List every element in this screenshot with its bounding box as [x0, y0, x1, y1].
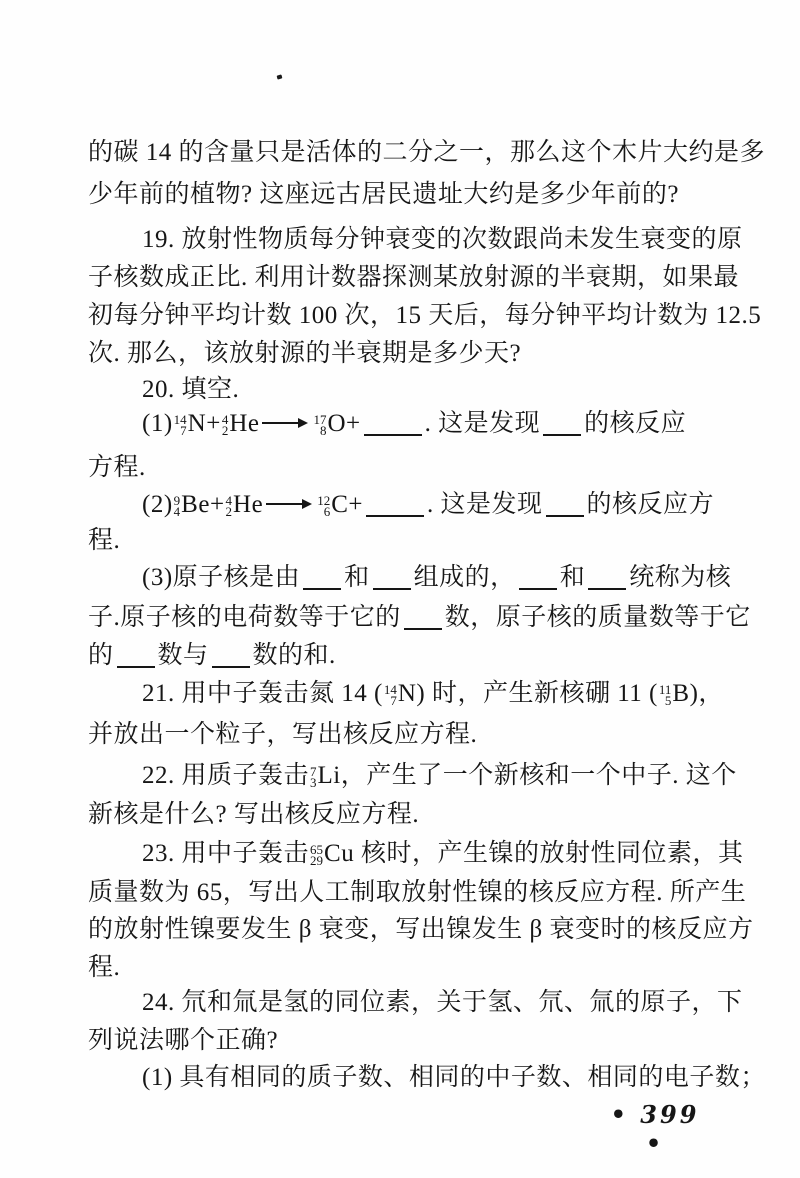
scanned-textbook-page: 的碳 14 的含量只是活体的二分之一，那么这个木片大约是多少年前的植物? 这座远… [0, 0, 800, 1178]
text-run: 子.原子核的电荷数等于它的 [88, 604, 401, 631]
text-run: . 这是发现 [425, 410, 541, 437]
text-run: 程. [88, 527, 120, 554]
element-symbol: C [331, 491, 348, 518]
nuclide-scripts: 6529 [310, 844, 323, 866]
text-run: . 这是发现 [427, 491, 543, 518]
reaction-arrow-icon [266, 503, 310, 505]
page-number: • 399 • [600, 1100, 710, 1158]
nuclide-notation: 6529Cu [309, 836, 354, 872]
atomic-number: 8 [320, 425, 327, 436]
text-line: 子.原子核的电荷数等于它的数，原子核的质量数等于它 [88, 600, 720, 636]
text-run: )， [690, 680, 724, 707]
nuclide-notation: 178O [312, 406, 346, 442]
text-run: 统称为核 [629, 564, 731, 591]
fill-in-blank [543, 434, 581, 436]
text-run: 子核数成正比. 利用计数器探测某放射源的半衰期，如果最 [88, 264, 739, 291]
element-symbol: Li [318, 762, 341, 789]
text-run: + [348, 491, 363, 518]
text-line: 新核是什么? 写出核反应方程. [88, 797, 720, 833]
text-run: 并放出一个粒子，写出核反应方程. [88, 721, 477, 748]
text-line: 的放射性镍要发生 β 衰变，写出镍发生 β 衰变时的核反应方 [88, 912, 720, 948]
text-line: 子核数成正比. 利用计数器探测某放射源的半衰期，如果最 [88, 260, 720, 296]
text-run: 次. 那么，该放射源的半衰期是多少天? [88, 340, 521, 367]
element-symbol: N [188, 410, 207, 437]
nuclide-notation: 147N [173, 406, 207, 442]
text-run: 和 [560, 564, 586, 591]
text-run: 质量数为 65，写出人工制取放射性镍的核反应方程. 所产生 [88, 879, 746, 906]
text-run: 19. 放射性物质每分钟衰变的次数跟尚未发生衰变的原 [142, 226, 743, 253]
element-symbol: He [233, 491, 263, 518]
text-run: + [210, 491, 225, 518]
nuclide-scripts: 178 [313, 414, 326, 436]
text-line: 程. [88, 523, 720, 559]
text-run: 核时，产生镍的放射性同位素，其 [354, 840, 743, 867]
fill-in-blank [117, 666, 155, 668]
atomic-number: 7 [390, 695, 397, 706]
atomic-number: 2 [222, 425, 229, 436]
atomic-number: 3 [310, 777, 317, 788]
atomic-number: 2 [226, 506, 233, 517]
text-run: 22. 用质子轰击 [142, 762, 309, 789]
text-run: 方程. [88, 454, 146, 481]
text-line: (1)147N+42He178O+. 这是发现的核反应 [88, 406, 774, 442]
nuclide-notation: 115B [658, 676, 690, 712]
text-run: (1) [142, 410, 173, 437]
text-run: 的核反应 [584, 410, 686, 437]
nuclide-notation: 42He [221, 406, 260, 442]
text-run: 的放射性镍要发生 β 衰变，写出镍发生 β 衰变时的核反应方 [88, 916, 753, 943]
text-run: 初每分钟平均计数 100 次，15 天后，每分钟平均计数为 12.5 [88, 302, 761, 329]
element-symbol: He [229, 410, 259, 437]
text-run: ) 时，产生新核硼 11 ( [416, 680, 657, 707]
text-line: (1) 具有相同的质子数、相同的中子数、相同的电子数； [88, 1060, 774, 1096]
text-line: 的碳 14 的含量只是活体的二分之一，那么这个木片大约是多 [88, 135, 720, 171]
text-run: 的碳 14 的含量只是活体的二分之一，那么这个木片大约是多 [88, 139, 765, 166]
text-run: 和 [344, 564, 370, 591]
nuclide-scripts: 94 [174, 495, 181, 517]
text-run: (3)原子核是由 [142, 564, 300, 591]
text-line: 23. 用中子轰击6529Cu 核时，产生镍的放射性同位素，其 [88, 836, 774, 872]
fill-in-blank [366, 515, 424, 517]
fill-in-blank [373, 588, 411, 590]
nuclide-scripts: 42 [222, 414, 229, 436]
text-line: 次. 那么，该放射源的半衰期是多少天? [88, 336, 720, 372]
text-line: 列说法哪个正确? [88, 1023, 720, 1059]
text-line: 19. 放射性物质每分钟衰变的次数跟尚未发生衰变的原 [88, 222, 774, 258]
text-line: 初每分钟平均计数 100 次，15 天后，每分钟平均计数为 12.5 [88, 298, 720, 334]
atomic-number: 7 [180, 425, 187, 436]
nuclide-scripts: 42 [226, 495, 233, 517]
text-line: 22. 用质子轰击73Li，产生了一个新核和一个中子. 这个 [88, 758, 774, 794]
text-run: 的核反应方 [587, 491, 715, 518]
element-symbol: N [398, 680, 417, 707]
nuclide-scripts: 147 [174, 414, 187, 436]
nuclide-notation: 126C [316, 487, 348, 523]
text-line: (3)原子核是由和组成的，和统称为核 [88, 560, 774, 596]
text-line: 方程. [88, 450, 720, 486]
element-symbol: Be [181, 491, 210, 518]
text-run: 列说法哪个正确? [88, 1027, 278, 1054]
text-run: ，产生了一个新核和一个中子. 这个 [341, 762, 737, 789]
nuclide-scripts: 115 [659, 684, 672, 706]
text-run: 23. 用中子轰击 [142, 840, 309, 867]
text-line: 24. 氘和氚是氢的同位素，关于氢、氘、氚的原子，下 [88, 985, 774, 1021]
fill-in-blank [588, 588, 626, 590]
reaction-arrow-icon [262, 422, 306, 424]
nuclide-notation: 94Be [173, 487, 210, 523]
atomic-number: 6 [324, 506, 331, 517]
text-run: 的 [88, 642, 114, 669]
text-line: 并放出一个粒子，写出核反应方程. [88, 717, 720, 753]
text-run: 少年前的植物? 这座远古居民遗址大约是多少年前的? [88, 181, 679, 208]
fill-in-blank [404, 628, 442, 630]
nuclide-scripts: 126 [317, 495, 330, 517]
scan-speck [277, 74, 283, 79]
nuclide-notation: 73Li [309, 758, 341, 794]
text-run: 数，原子核的质量数等于它 [445, 604, 751, 631]
text-run: 数与 [158, 642, 209, 669]
text-run: 21. 用中子轰击氮 14 ( [142, 680, 383, 707]
nuclide-notation: 147N [383, 676, 417, 712]
nuclide-scripts: 147 [384, 684, 397, 706]
text-line: 20. 填空. [88, 372, 774, 408]
text-run: (2) [142, 491, 173, 518]
text-line: 的数与数的和. [88, 638, 720, 674]
nuclide-scripts: 73 [310, 766, 317, 788]
nuclide-notation: 42He [225, 487, 264, 523]
text-line: 质量数为 65，写出人工制取放射性镍的核反应方程. 所产生 [88, 875, 720, 911]
text-run: 20. 填空. [142, 376, 239, 403]
text-run: 组成的， [414, 564, 516, 591]
atomic-number: 5 [665, 695, 672, 706]
atomic-number: 4 [174, 506, 181, 517]
element-symbol: B [672, 680, 689, 707]
element-symbol: Cu [324, 840, 354, 867]
text-line: 少年前的植物? 这座远古居民遗址大约是多少年前的? [88, 177, 720, 213]
fill-in-blank [546, 515, 584, 517]
fill-in-blank [364, 434, 422, 436]
text-run: + [346, 410, 361, 437]
atomic-number: 29 [310, 855, 323, 866]
text-line: 程. [88, 950, 720, 986]
text-run: 新核是什么? 写出核反应方程. [88, 801, 419, 828]
element-symbol: O [327, 410, 346, 437]
fill-in-blank [519, 588, 557, 590]
text-run: + [206, 410, 221, 437]
text-run: 24. 氘和氚是氢的同位素，关于氢、氘、氚的原子，下 [142, 989, 743, 1016]
fill-in-blank [303, 588, 341, 590]
text-line: (2)94Be+42He126C+. 这是发现的核反应方 [88, 487, 774, 523]
text-run: 程. [88, 954, 120, 981]
text-line: 21. 用中子轰击氮 14 (147N) 时，产生新核硼 11 (115B)， [88, 676, 774, 712]
text-run: (1) 具有相同的质子数、相同的中子数、相同的电子数； [142, 1064, 766, 1091]
text-run: 数的和. [253, 642, 336, 669]
fill-in-blank [212, 666, 250, 668]
